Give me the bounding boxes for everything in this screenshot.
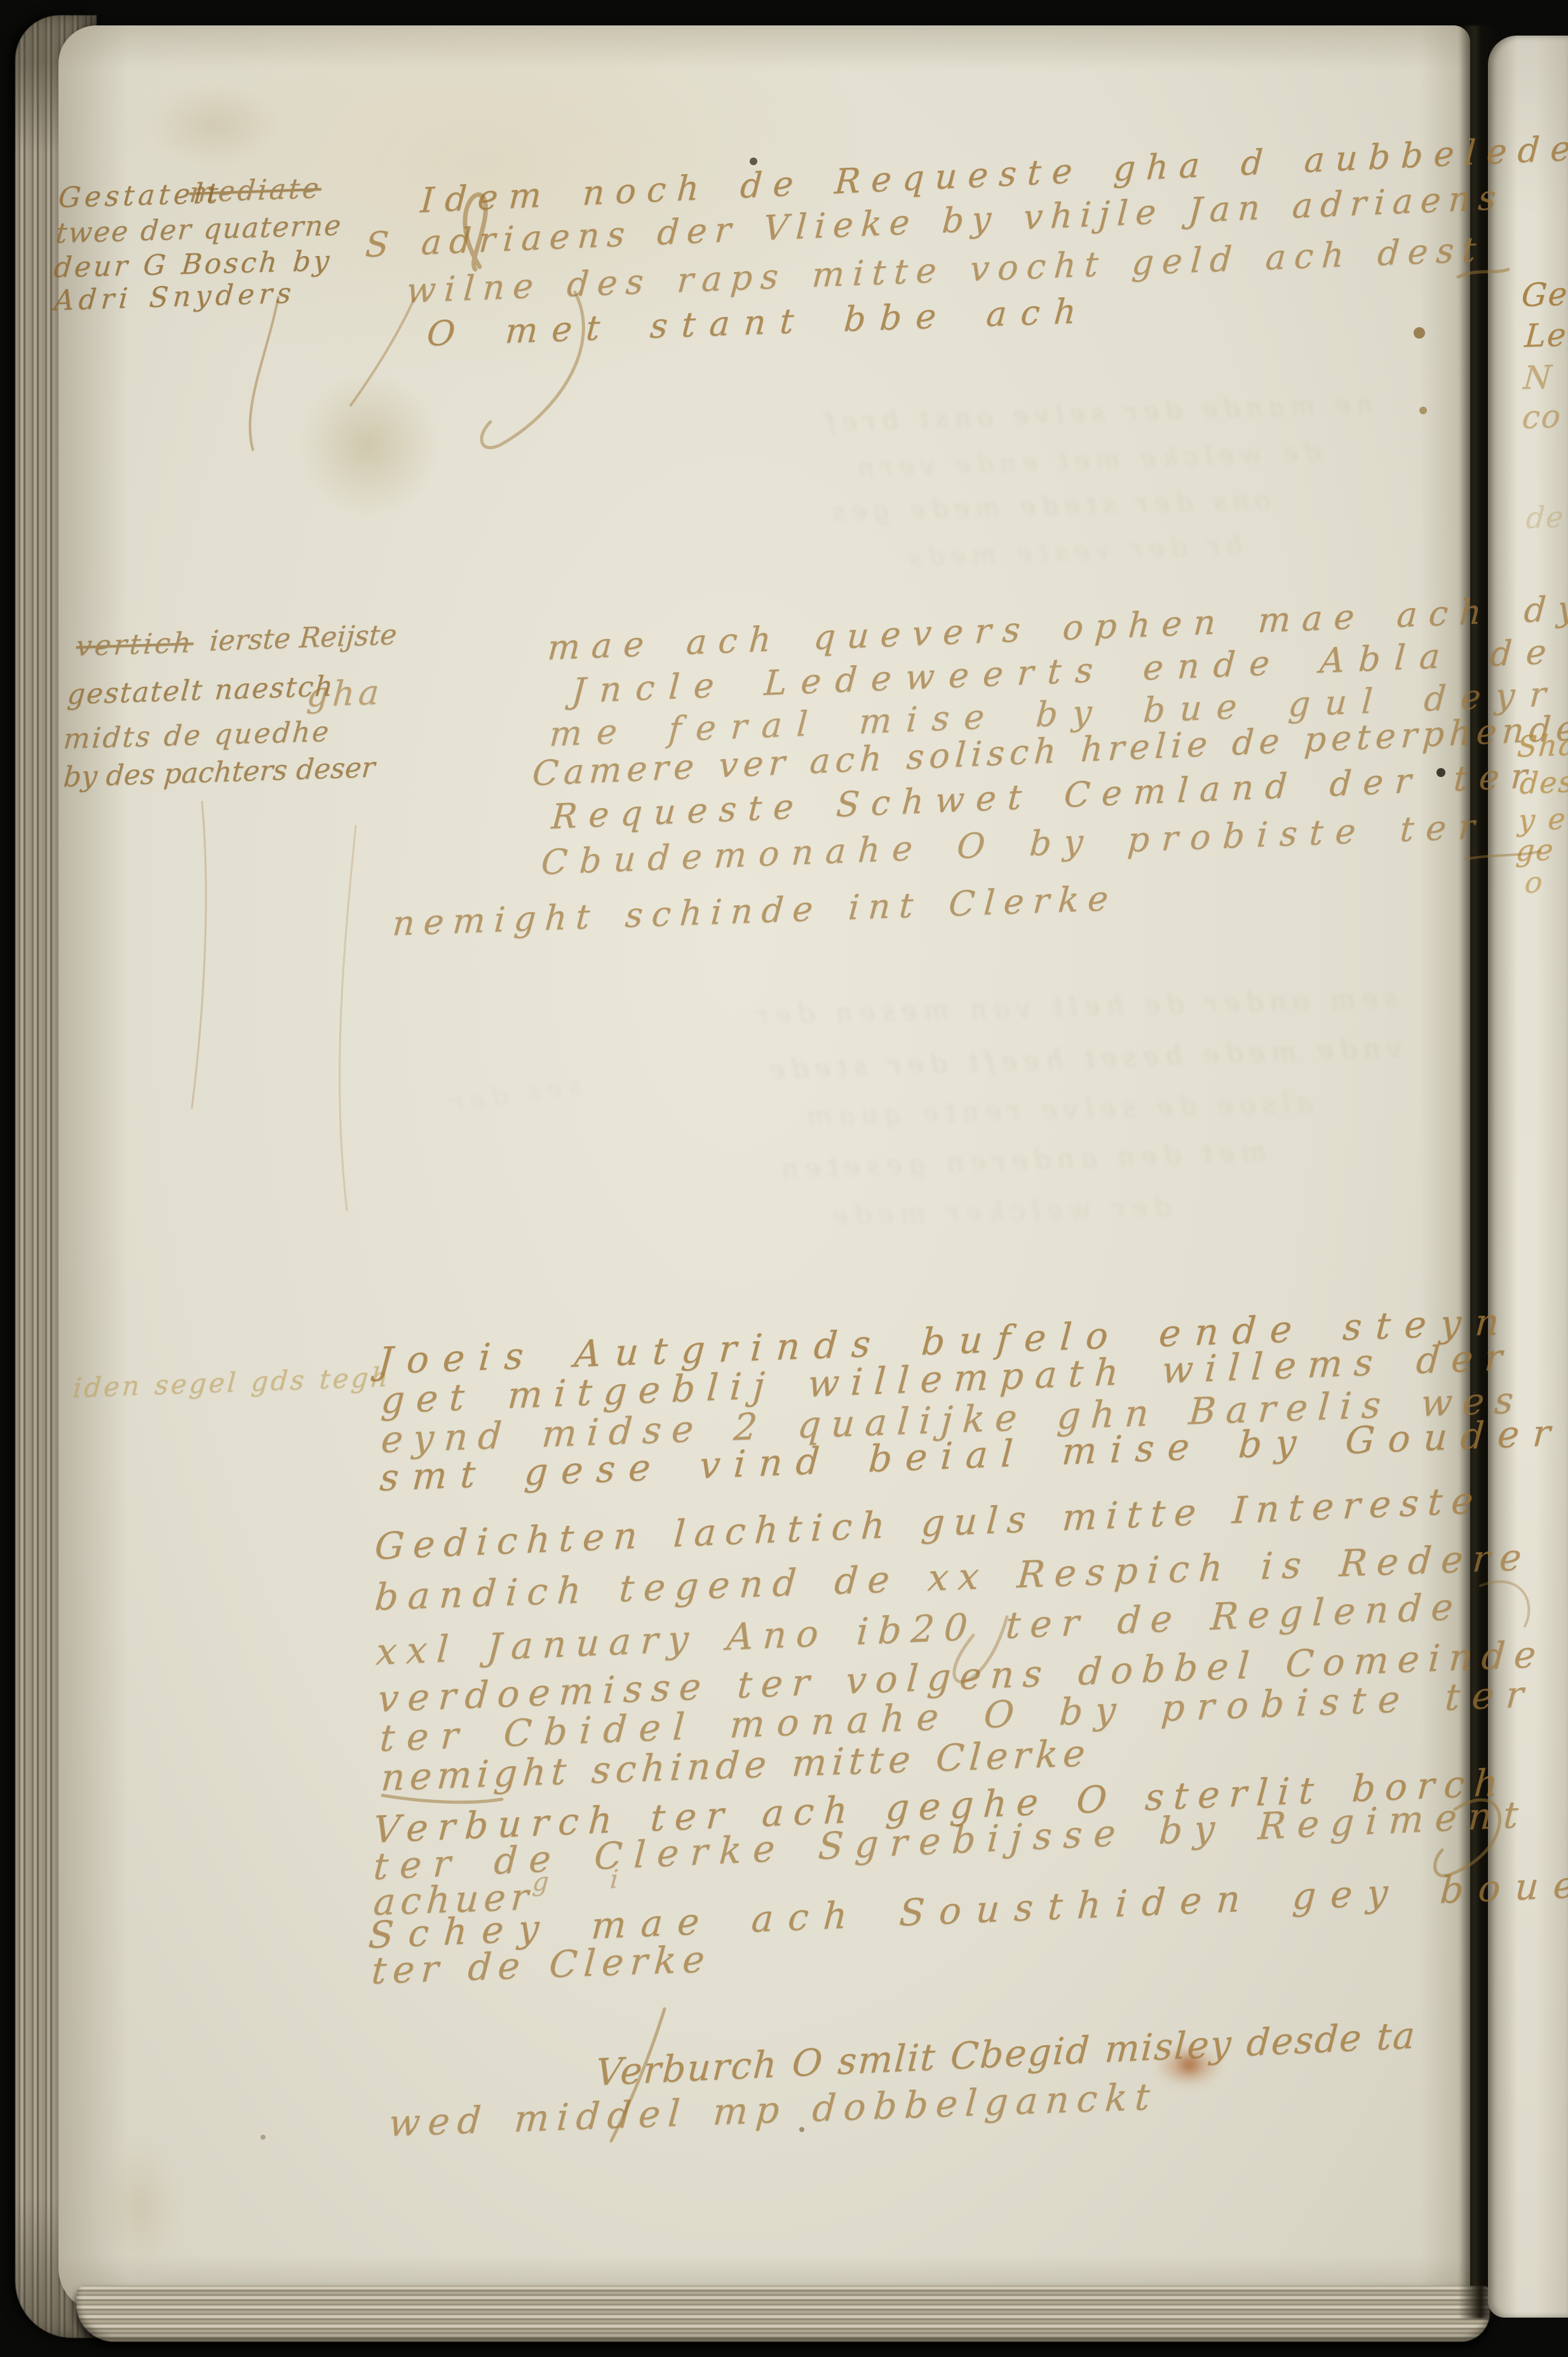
manuscript-page	[58, 25, 1470, 2313]
handwritten-line: mediate	[188, 172, 322, 209]
handwritten-line: gha	[306, 672, 384, 715]
handwritten-line: o	[1524, 865, 1544, 900]
ink-speck	[1436, 768, 1445, 777]
paper-stain	[126, 71, 304, 179]
ink-speck	[1419, 407, 1427, 414]
handwritten-line: vertich	[75, 626, 194, 663]
handwritten-line: Le	[1524, 316, 1568, 355]
ink-speck	[260, 2135, 266, 2140]
ink-speck	[1414, 327, 1425, 339]
handwritten-line: de	[1525, 499, 1565, 535]
paper-stain	[89, 2116, 191, 2300]
manuscript-photo: ne mande der selve onst brefde welcke me…	[0, 0, 1568, 2357]
ink-speck	[750, 158, 757, 165]
handwritten-line: des	[1518, 764, 1568, 800]
handwritten-line: Sha	[1516, 727, 1568, 764]
handwritten-line: ierste Reijste	[208, 619, 398, 658]
book-bottom-edge	[76, 2286, 1490, 2342]
paper-stain	[273, 346, 464, 543]
handwritten-line: co	[1521, 398, 1563, 436]
handwritten-line: N	[1522, 358, 1554, 396]
handwritten-line: Ge	[1520, 275, 1568, 314]
handwritten-line: ge	[1515, 832, 1555, 868]
ink-speck	[799, 2127, 804, 2132]
handwritten-line: g i	[531, 1864, 638, 1897]
